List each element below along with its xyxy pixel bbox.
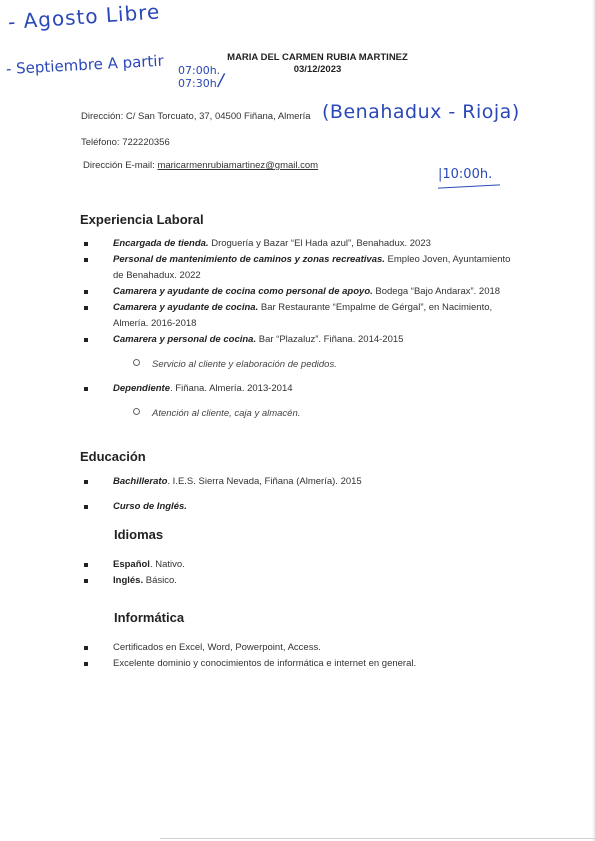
circle-bullet-icon xyxy=(133,359,140,366)
experience-item: Encargada de tienda. Droguería y Bazar “… xyxy=(80,236,523,252)
computing-heading: Informática xyxy=(114,610,184,625)
contact-phone: Teléfono: 722220356 xyxy=(81,137,170,148)
experience-subitem: Atención al cliente, caja y almacén. xyxy=(133,408,300,419)
resume-date: 03/12/2023 xyxy=(40,64,595,76)
experience-item: Camarera y personal de cocina. Bar “Plaz… xyxy=(80,332,523,348)
resume-page: - Agosto Libre - Septiembre A partir 07:… xyxy=(0,0,595,841)
language-item: Inglés. Básico. xyxy=(80,573,523,589)
contact-email: Dirección E-mail: maricarmenrubiamartine… xyxy=(83,160,318,171)
phone-value: 722220356 xyxy=(122,137,170,148)
email-link[interactable]: maricarmenrubiamartinez@gmail.com xyxy=(157,160,318,171)
experience-list: Encargada de tienda. Droguería y Bazar “… xyxy=(80,236,523,348)
education-item: Bachillerato. I.E.S. Sierra Nevada, Fiña… xyxy=(80,474,523,490)
scan-edge-bottom xyxy=(160,838,595,839)
handwritten-time-10: |10:00h. xyxy=(438,167,492,182)
languages-heading: Idiomas xyxy=(114,527,163,542)
computing-list: Certificados en Excel, Word, Powerpoint,… xyxy=(80,640,523,672)
handwritten-note-august: - Agosto Libre xyxy=(7,0,161,34)
address-value: C/ San Torcuato, 37, 04500 Fiñana, Almer… xyxy=(126,111,311,122)
experience-item: Dependiente. Fiñana. Almería. 2013-2014 xyxy=(80,381,523,397)
education-list-2: Curso de Inglés. xyxy=(80,499,523,515)
experience-item: Camarera y ayudante de cocina como perso… xyxy=(80,284,523,300)
computing-item: Certificados en Excel, Word, Powerpoint,… xyxy=(80,640,523,656)
experience-item: Personal de mantenimiento de caminos y z… xyxy=(80,252,523,284)
experience-heading: Experiencia Laboral xyxy=(80,212,204,227)
languages-list: Español. Nativo. Inglés. Básico. xyxy=(80,557,523,589)
handwritten-time-2: 07:30h xyxy=(178,77,220,90)
handwritten-location: (Benahadux - Rioja) xyxy=(322,101,520,123)
education-list: Bachillerato. I.E.S. Sierra Nevada, Fiña… xyxy=(80,474,523,490)
circle-bullet-icon xyxy=(133,408,140,415)
computing-item: Excelente dominio y conocimientos de inf… xyxy=(80,656,523,672)
education-heading: Educación xyxy=(80,449,146,464)
experience-subitem: Servicio al cliente y elaboración de ped… xyxy=(133,359,337,370)
experience-item: Camarera y ayudante de cocina. Bar Resta… xyxy=(80,300,523,332)
education-item: Curso de Inglés. xyxy=(80,499,523,515)
phone-label: Teléfono: xyxy=(81,137,120,148)
candidate-name: MARIA DEL CARMEN RUBIA MARTINEZ xyxy=(40,52,595,64)
handwritten-underline xyxy=(438,184,500,188)
address-label: Dirección: xyxy=(81,111,123,122)
experience-list-2: Dependiente. Fiñana. Almería. 2013-2014 xyxy=(80,381,523,397)
resume-header: MARIA DEL CARMEN RUBIA MARTINEZ 03/12/20… xyxy=(0,52,595,76)
email-label: Dirección E-mail: xyxy=(83,160,155,171)
contact-address: Dirección: C/ San Torcuato, 37, 04500 Fi… xyxy=(81,111,311,122)
language-item: Español. Nativo. xyxy=(80,557,523,573)
